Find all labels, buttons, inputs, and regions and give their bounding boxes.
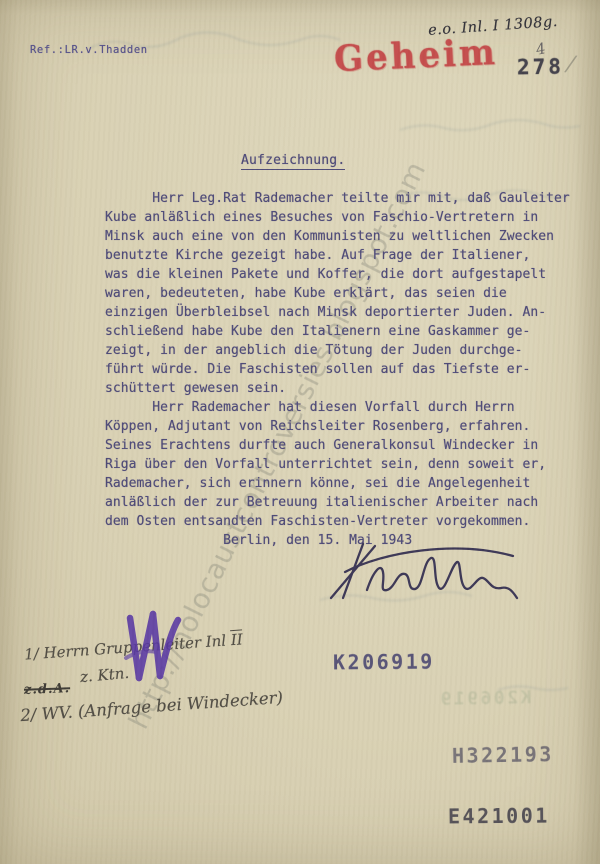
frame-stamp-k206919: K206919 <box>333 650 435 675</box>
document-title: Aufzeichnung. <box>241 153 345 170</box>
routing-note-struck: z.d.A. <box>24 681 71 698</box>
geheim-secrecy-stamp: Geheim <box>333 31 499 80</box>
document-body: Herr Leg.Rat Rademacher teilte mir mit, … <box>105 189 585 550</box>
frame-stamp-e421001: E421001 <box>448 804 550 829</box>
page-number-pencil-slash: / <box>565 52 576 78</box>
routing-note-roman-numeral: II <box>230 629 243 649</box>
frame-stamp-h322193: H322193 <box>452 742 554 768</box>
document-scan: http://holocaustcontroversies.blogspot.c… <box>0 0 600 864</box>
page-number-stamp: 278 <box>517 55 564 80</box>
frame-stamp-ghost: K206919 <box>438 687 532 710</box>
initial-w-mark <box>122 606 188 688</box>
reference-line: Ref.:LR.v.Thadden <box>30 44 148 56</box>
signature-thadden <box>315 532 520 612</box>
